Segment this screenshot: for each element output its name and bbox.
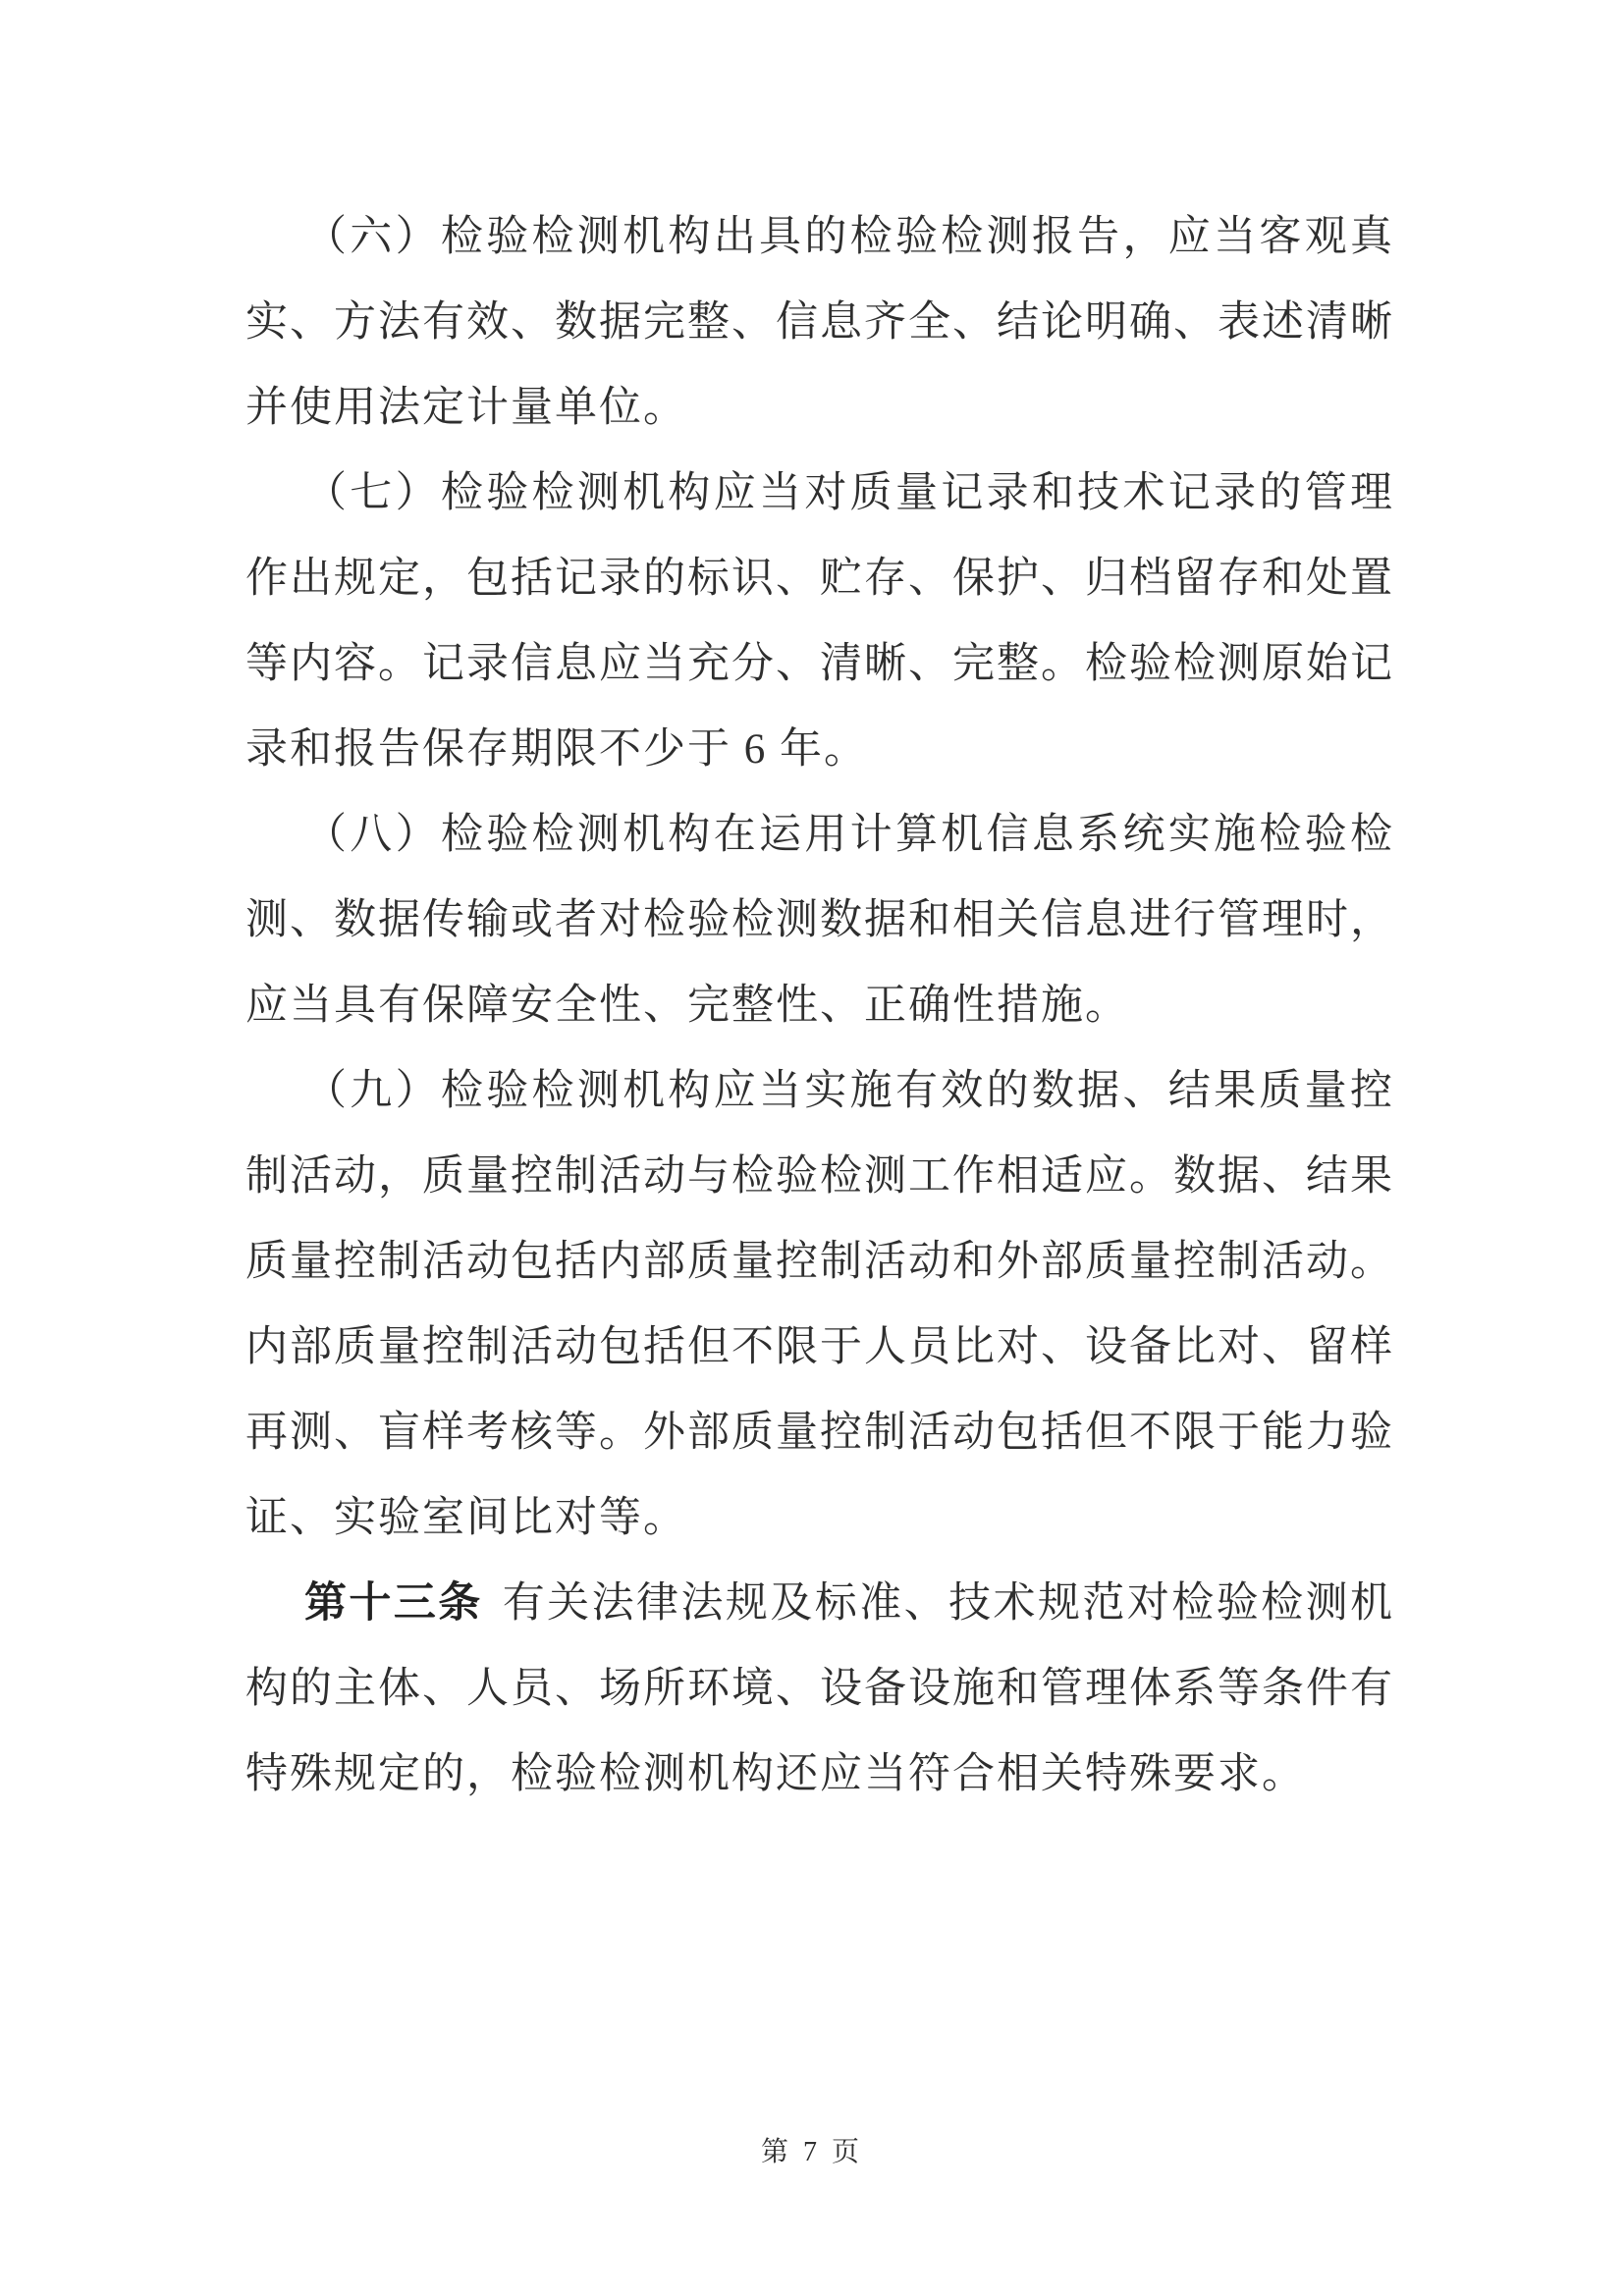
paragraph-clause-7: （七）检验检测机构应当对质量记录和技术记录的管理作出规定，包括记录的标识、贮存、… <box>245 451 1394 792</box>
page-footer: 第 7 页 <box>0 2130 1624 2169</box>
page-number-label: 第 7 页 <box>761 2137 863 2167</box>
paragraph-article-13: 第十三条有关法律法规及标准、技术规范对检验检测机构的主体、人员、场所环境、设备设… <box>245 1561 1394 1817</box>
paragraph-clause-8: （八）检验检测机构在运用计算机信息系统实施检验检测、数据传输或者对检验检测数据和… <box>245 792 1394 1048</box>
document-page: （六）检验检测机构出具的检验检测报告，应当客观真实、方法有效、数据完整、信息齐全… <box>0 0 1624 2296</box>
document-body: （六）检验检测机构出具的检验检测报告，应当客观真实、方法有效、数据完整、信息齐全… <box>245 194 1394 1817</box>
paragraph-clause-6: （六）检验检测机构出具的检验检测报告，应当客观真实、方法有效、数据完整、信息齐全… <box>245 194 1394 451</box>
paragraph-clause-9: （九）检验检测机构应当实施有效的数据、结果质量控制活动，质量控制活动与检验检测工… <box>245 1048 1394 1561</box>
article-number-label: 第十三条 <box>304 1580 483 1627</box>
